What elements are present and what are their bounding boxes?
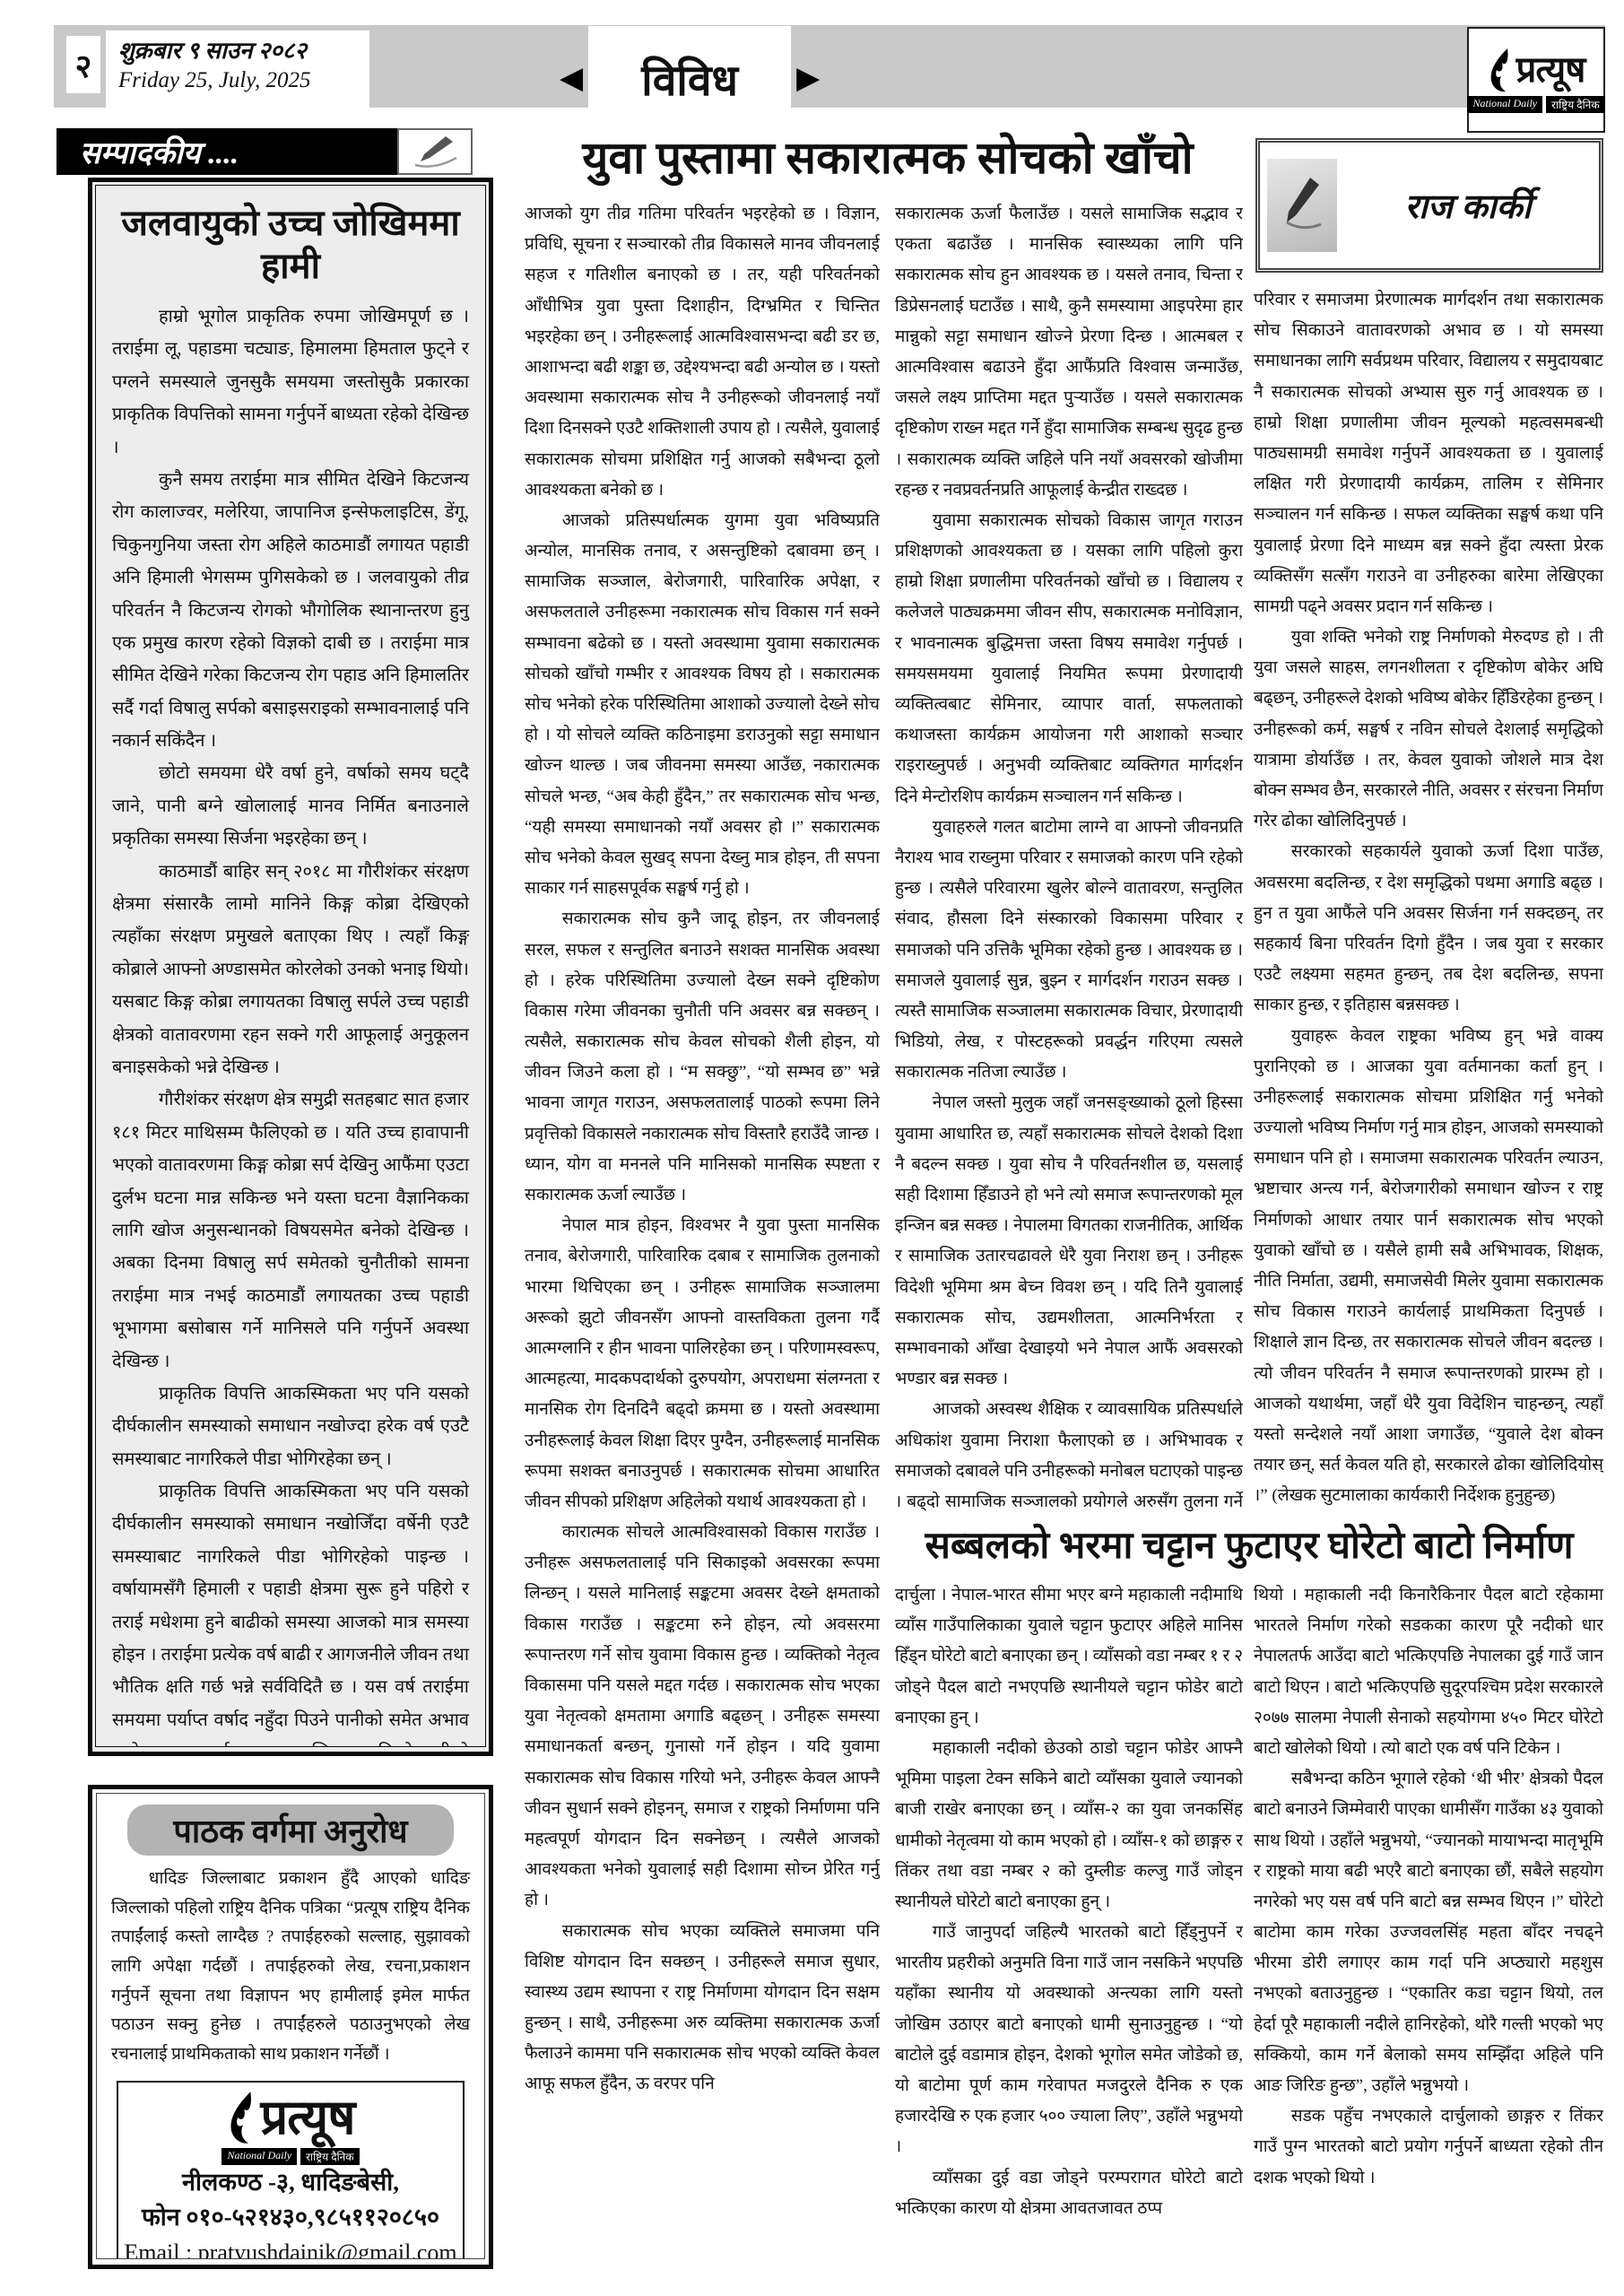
bottom-article-headline: सब्बलको भरमा चट्टान फुटाएर घोरेटो बाटो न… bbox=[895, 1523, 1603, 1575]
article-paragraph: आजको प्रतिस्पर्धात्मक युगमा युवा भविष्यप… bbox=[525, 506, 880, 904]
article-paragraph: सकारात्मक सोच भएका व्यक्तिले समाजमा पनि … bbox=[525, 1917, 880, 2100]
masthead-logo-box: प्रत्यूष National Daily राष्ट्रिय दैनिक bbox=[1467, 27, 1605, 133]
quill-icon bbox=[412, 135, 458, 169]
article-paragraph: युवाहरुले गलत बाटोमा लाग्ने वा आफ्नो जीव… bbox=[895, 813, 1243, 1089]
article-paragraph: नेपाल जस्तो मुलुक जहाँ जनसङ्ख्याको ठूलो … bbox=[895, 1088, 1243, 1395]
editorial-paragraph: प्राकृतिक विपत्ति आकस्मिकता भए पनि यसको … bbox=[112, 1378, 469, 1475]
masthead-logo: प्रत्यूष bbox=[1488, 47, 1585, 93]
date-box: शुक्रबार ९ साउन २०८२ Friday 25, July, 20… bbox=[106, 30, 369, 109]
main-article-column-3: परिवार र समाजमा प्रेरणात्मक मार्गदर्शन त… bbox=[1254, 285, 1603, 1518]
page-number: २ bbox=[66, 36, 100, 93]
newspaper-page: २ शुक्रबार ९ साउन २०८२ Friday 25, July, … bbox=[0, 0, 1624, 2296]
editorial-paragraph: छोटो समयमा धेरै वर्षा हुने, वर्षाको समय … bbox=[112, 757, 469, 855]
article-paragraph: युवा शक्ति भनेको राष्ट्र निर्माणको मेरुद… bbox=[1254, 622, 1603, 837]
logo-tagline-np: राष्ट्रिय दैनिक bbox=[1546, 96, 1604, 113]
article-paragraph: परिवार र समाजमा प्रेरणात्मक मार्गदर्शन त… bbox=[1254, 285, 1603, 622]
article-paragraph: दार्चुला । नेपाल-भारत सीमा भएर बग्ने महा… bbox=[895, 1580, 1243, 1734]
logo-name: प्रत्यूष bbox=[1516, 52, 1585, 88]
editorial-content: जलवायुको उच्च जोखिममा हामी हाम्रो भूगोल … bbox=[95, 185, 486, 1747]
editorial-paragraph: काठमाडौं बाहिर सन् २०१८ मा गौरीशंकर संरक… bbox=[112, 856, 469, 1084]
logo-name: प्रत्यूष bbox=[261, 2093, 355, 2142]
date-english: Friday 25, July, 2025 bbox=[118, 66, 357, 96]
article-paragraph: नेपाल मात्र होइन, विश्वभर नै युवा पुस्ता… bbox=[525, 1211, 880, 1518]
contact-email: Email : pratyushdainik@gmail.com bbox=[122, 2235, 459, 2259]
section-header: ◀ विविध ▶ bbox=[560, 25, 829, 133]
article-paragraph: सकारात्मक ऊर्जा फैलाउँछ । यसले सामाजिक स… bbox=[895, 199, 1243, 506]
reader-request-title: पाठक वर्गमा अनुरोध bbox=[127, 1805, 454, 1856]
right-triangle-icon: ▶ bbox=[796, 64, 820, 94]
pen-photo bbox=[1267, 159, 1337, 252]
main-article-headline: युवा पुस्तामा सकारात्मक सोचको खाँचो bbox=[529, 131, 1246, 190]
byline-author: राज कार्की bbox=[1337, 182, 1599, 229]
section-title: विविध bbox=[641, 50, 738, 109]
logo-tagline-en: National Daily bbox=[1467, 96, 1542, 113]
editorial-banner-label: सम्पादकीय .... bbox=[56, 128, 397, 175]
article-paragraph: महाकाली नदीको छेउको ठाडो चट्टान फोडेर आफ… bbox=[895, 1734, 1243, 1918]
article-paragraph: आजको अस्वस्थ शैक्षिक र व्यावसायिक प्रतिस… bbox=[895, 1395, 1243, 1514]
main-article-column-2: सकारात्मक ऊर्जा फैलाउँछ । यसले सामाजिक स… bbox=[895, 199, 1243, 1514]
logo-tagline-np: राष्ट्रिय दैनिक bbox=[300, 2148, 359, 2165]
section-title-box: विविध bbox=[588, 26, 791, 132]
flame-icon bbox=[1488, 47, 1515, 93]
contact-address: नीलकण्ठ -३, धादिङबेसी, bbox=[122, 2165, 459, 2200]
article-paragraph: सबैभन्दा कठिन भूगाले रहेको ‘थी भीर’ क्षे… bbox=[1254, 1764, 1603, 2101]
article-paragraph: सडक पहुँच नभएकाले दार्चुलाको छाङ्गरु र त… bbox=[1254, 2101, 1603, 2194]
contact-phone: फोन ०१०-५२१४३०,९८५११२०८५० bbox=[122, 2200, 459, 2235]
reader-request-body: धादिङ जिल्लाबाट प्रकाशन हुँदै आएको धादिङ… bbox=[111, 1865, 470, 2070]
editorial-paragraph: प्राकृतिक विपत्ति आकस्मिकता भए पनि यसको … bbox=[112, 1475, 469, 1747]
editorial-box: जलवायुको उच्च जोखिममा हामी हाम्रो भूगोल … bbox=[88, 178, 493, 1756]
bottom-article-column-2: थियो । महाकाली नदी किनारैकिनार पैदल बाटो… bbox=[1254, 1580, 1603, 2282]
logo-tagline-en: National Daily bbox=[221, 2148, 297, 2165]
logo-taglines: National Daily राष्ट्रिय दैनिक bbox=[1467, 96, 1604, 113]
article-paragraph: सरकारको सहकार्यले युवाको ऊर्जा दिशा पाउँ… bbox=[1254, 837, 1603, 1021]
bottom-article-column-1: दार्चुला । नेपाल-भारत सीमा भएर बग्ने महा… bbox=[895, 1580, 1243, 2282]
editorial-paragraph: कुनै समय तराईमा मात्र सीमित देखिने किटजन… bbox=[112, 464, 469, 758]
article-paragraph: थियो । महाकाली नदी किनारैकिनार पैदल बाटो… bbox=[1254, 1580, 1603, 1764]
article-paragraph: सकारात्मक सोच कुनै जादू होइन, तर जीवनलाई… bbox=[525, 904, 880, 1211]
article-paragraph: व्याँसका दुई वडा जोड्ने परम्परागत घोरेटो… bbox=[895, 2163, 1243, 2224]
editorial-paragraph: हाम्रो भूगोल प्राकृतिक रुपमा जोखिमपूर्ण … bbox=[112, 300, 469, 464]
byline-box: राज कार्की bbox=[1255, 138, 1603, 273]
footer-logo: प्रत्यूष bbox=[122, 2090, 459, 2145]
editorial-paragraph: गौरीशंकर संरक्षण क्षेत्र समुद्री सतहबाट … bbox=[112, 1083, 469, 1378]
contact-box: प्रत्यूष National Daily राष्ट्रिय दैनिक … bbox=[117, 2081, 465, 2259]
logo-taglines: National Daily राष्ट्रिय दैनिक bbox=[122, 2148, 459, 2165]
main-article-column-1: आजको युग तीव्र गतिमा परिवर्तन भइरहेको छ … bbox=[525, 199, 880, 2282]
article-paragraph: आजको युग तीव्र गतिमा परिवर्तन भइरहेको छ … bbox=[525, 199, 880, 506]
article-paragraph: युवामा सकारात्मक सोचको विकास जागृत गराउन… bbox=[895, 506, 1243, 813]
left-triangle-icon: ◀ bbox=[560, 64, 583, 94]
date-nepali: शुक्रबार ९ साउन २०८२ bbox=[118, 36, 357, 66]
article-paragraph: कारात्मक सोचले आत्मविश्वासको विकास गराउँ… bbox=[525, 1518, 880, 1916]
reader-request-box: पाठक वर्गमा अनुरोध धादिङ जिल्लाबाट प्रका… bbox=[88, 1785, 493, 2269]
reader-request-content: पाठक वर्गमा अनुरोध धादिङ जिल्लाबाट प्रका… bbox=[96, 1793, 485, 2259]
editorial-title: जलवायुको उच्च जोखिममा हामी bbox=[112, 202, 469, 288]
editorial-pen-box bbox=[397, 128, 473, 175]
article-paragraph: गाउँ जानुपर्दा जहिल्यै भारतको बाटो हिँड्… bbox=[895, 1918, 1243, 2163]
article-paragraph: युवाहरू केवल राष्ट्रका भविष्य हुन् भन्ने… bbox=[1254, 1022, 1603, 1512]
editorial-banner: सम्पादकीय .... bbox=[56, 128, 473, 175]
flame-icon bbox=[227, 2090, 259, 2145]
